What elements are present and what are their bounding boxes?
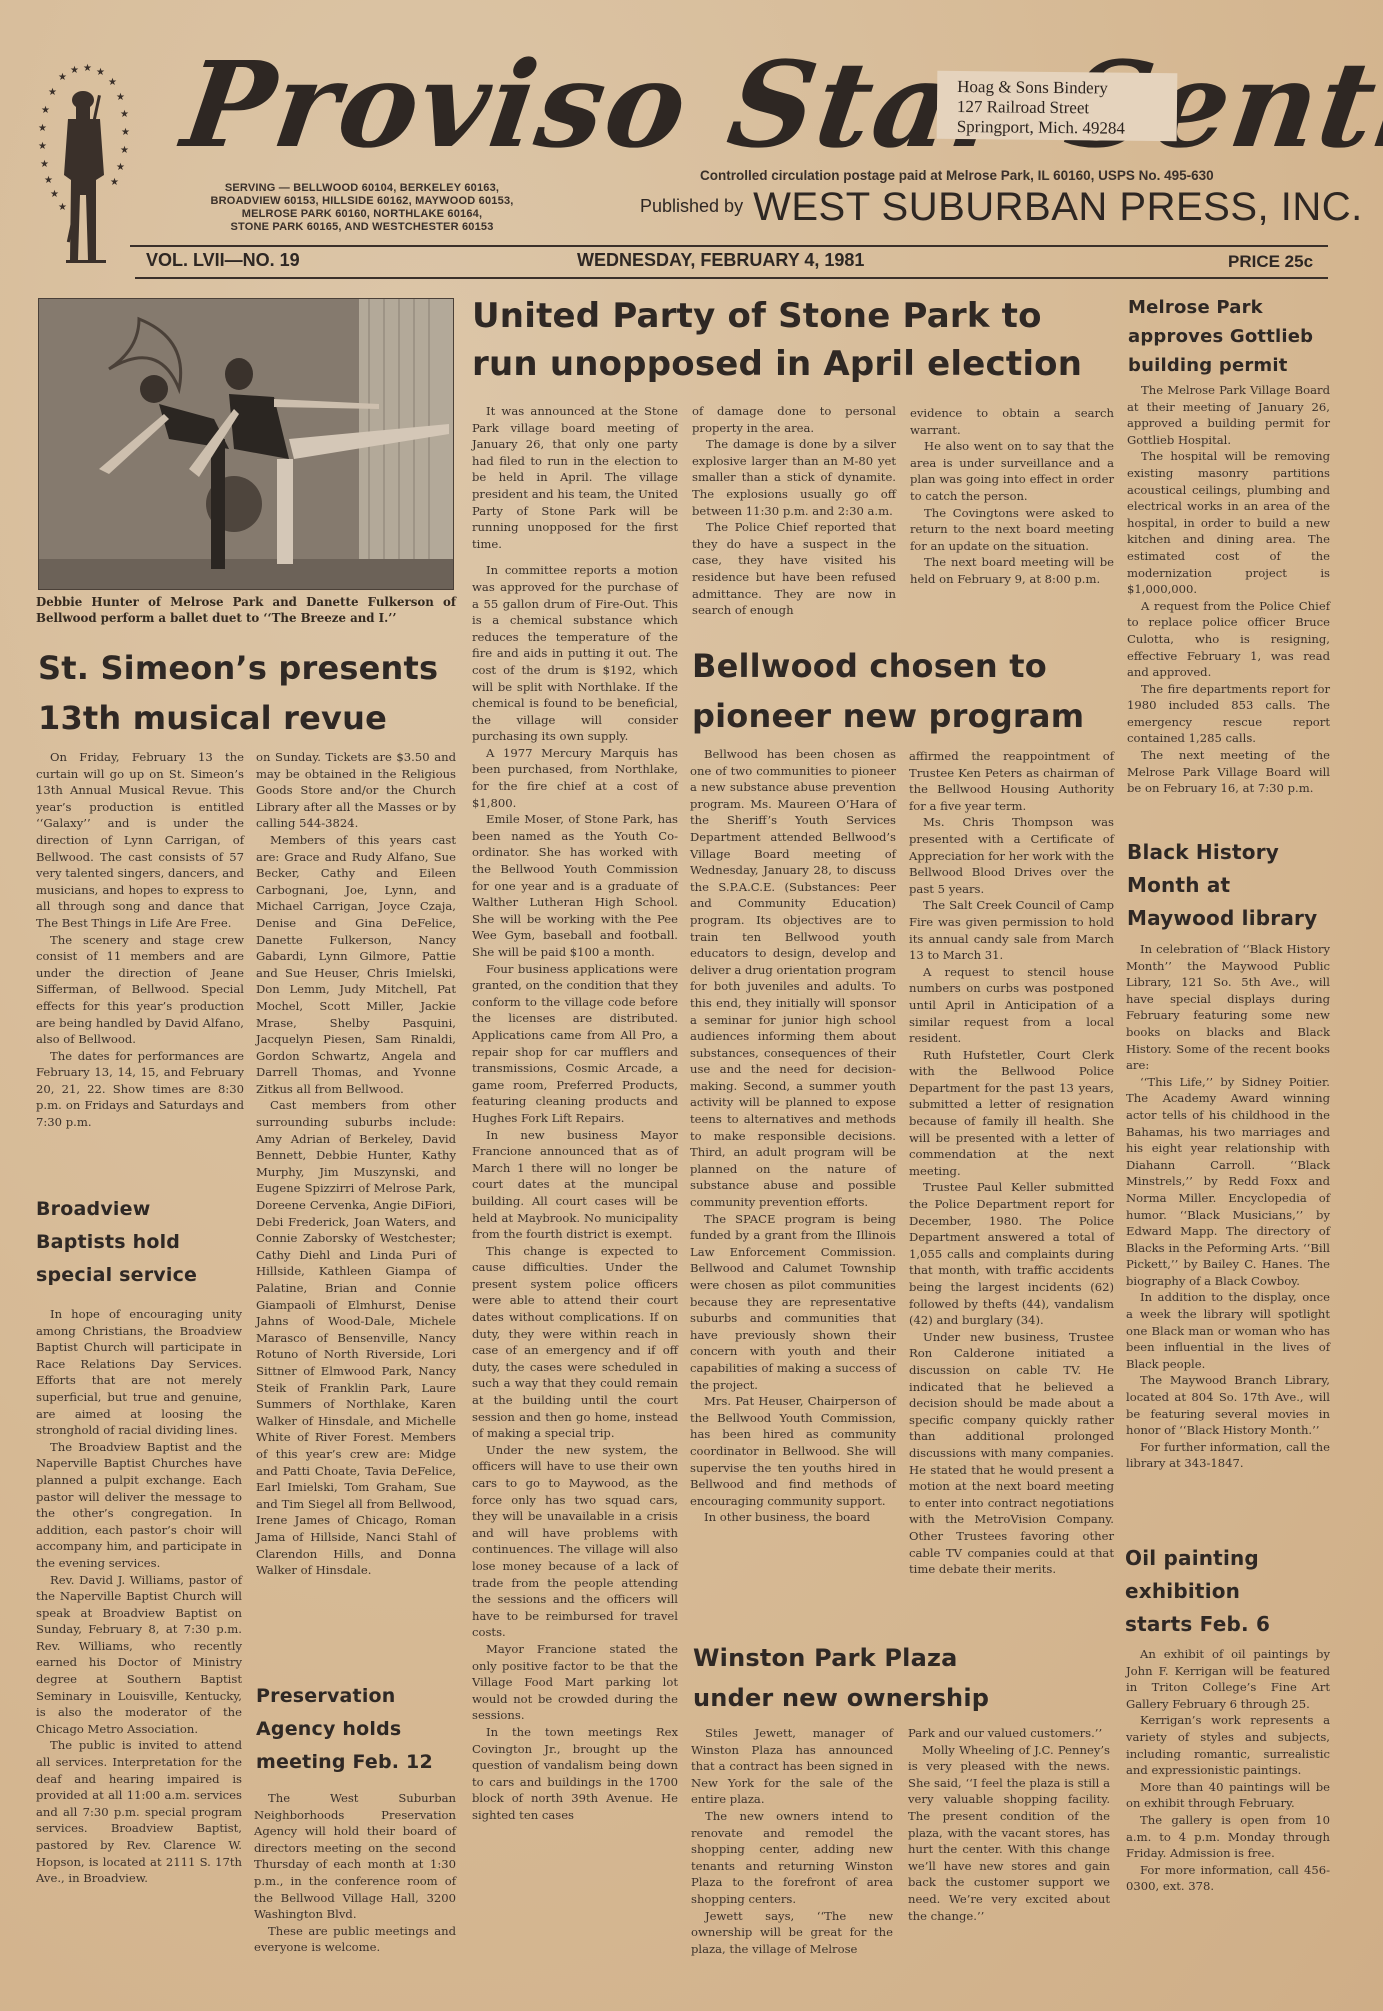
paragraph: The Salt Creek Council of Camp Fire was … (909, 897, 1114, 963)
paragraph: affirmed the reappointment of Trustee Ke… (909, 748, 1114, 814)
paragraph: The scenery and stage crew consist of 11… (36, 932, 244, 1048)
paragraph: on Sunday. Tickets are $3.50 and may be … (256, 749, 456, 832)
paragraph: The Covingtons were asked to return to t… (910, 505, 1114, 555)
article-column: In celebration of ‘‘Black History Month’… (1126, 941, 1330, 1472)
paragraph: The SPACE program is being funded by a g… (690, 1211, 896, 1394)
article-column: On Friday, February 13 the curtain will … (36, 749, 244, 1131)
paragraph: This change is expected to cause difficu… (472, 1243, 678, 1442)
svg-text:★: ★ (58, 202, 67, 213)
headline-line: Oil painting (1125, 1542, 1345, 1575)
mailing-label: Hoag & Sons Bindery 127 Railroad Street … (937, 71, 1178, 142)
headline-line: exhibition (1125, 1575, 1345, 1608)
svg-text:★: ★ (108, 77, 117, 88)
paragraph: The Melrose Park Village Board at their … (1127, 382, 1330, 448)
svg-text:★: ★ (40, 159, 49, 170)
paragraph: Ms. Chris Thompson was presented with a … (909, 814, 1114, 897)
svg-text:★: ★ (48, 87, 57, 98)
paragraph: On Friday, February 13 the curtain will … (36, 749, 244, 932)
headline-line: Melrose Park (1128, 293, 1348, 322)
paragraph: The next board meeting will be held on F… (910, 554, 1114, 587)
mailing-label-line: 127 Railroad Street (957, 97, 1167, 119)
article-column: The West Suburban Neighborhoods Preserva… (254, 1790, 456, 1956)
paragraph: Cast members from other surrounding subu… (256, 1097, 456, 1578)
masthead-rule-bottom (135, 277, 1328, 279)
ballet-dancers-photo (38, 298, 454, 590)
headline: Oil painting exhibition starts Feb. 6 (1125, 1542, 1345, 1641)
serving-line: STONE PARK 60165, AND WESTCHESTER 60153 (182, 221, 542, 234)
headline-line: Winston Park Plaza (693, 1638, 1113, 1678)
headline-line: Black History (1127, 836, 1347, 869)
paragraph: He also went on to say that the area is … (910, 438, 1114, 504)
paragraph: In hope of encouraging unity among Chris… (36, 1306, 242, 1439)
paragraph: Rev. David J. Williams, pastor of the Na… (36, 1572, 242, 1738)
article-column: evidence to obtain a search warrant. He … (910, 405, 1114, 588)
paragraph: In other business, the board (690, 1509, 896, 1526)
postage-notice: Controlled circulation postage paid at M… (700, 168, 1320, 183)
mailing-label-line: Springport, Mich. 49284 (957, 117, 1167, 139)
svg-text:★: ★ (120, 145, 129, 156)
svg-text:★: ★ (96, 67, 105, 78)
paragraph: The West Suburban Neighborhoods Preserva… (254, 1790, 456, 1923)
headline-line: under new ownership (693, 1678, 1113, 1718)
paragraph: evidence to obtain a search warrant. (910, 405, 1114, 438)
svg-text:★: ★ (116, 92, 125, 103)
paragraph: Park and our valued customers.’’ (908, 1725, 1110, 1742)
paragraph: In committee reports a motion was approv… (472, 562, 678, 745)
paragraph: The Maywood Branch Library, located at 8… (1126, 1372, 1330, 1438)
paragraph: The public is invited to attend all serv… (36, 1737, 242, 1886)
newspaper-title: Proviso Star-Sentinel (174, 30, 1355, 180)
paragraph: The dates for performances are February … (36, 1048, 244, 1131)
headline-line: pioneer new program (692, 691, 1122, 741)
paragraph: A request to stencil house numbers on cu… (909, 964, 1114, 1047)
paragraph: Ruth Hufstetler, Court Clerk with the Be… (909, 1047, 1114, 1180)
mailing-label-line: Hoag & Sons Bindery (957, 77, 1167, 99)
paragraph: Mayor Francione stated the only positive… (472, 1641, 678, 1724)
article-column: Bellwood has been chosen as one of two c… (690, 746, 896, 1526)
serving-line: BROADVIEW 60153, HILLSIDE 60162, MAYWOOD… (182, 195, 542, 208)
published-by-label: Published by (640, 196, 743, 216)
article-column: In hope of encouraging unity among Chris… (36, 1306, 242, 1887)
masthead-rule-top (130, 245, 1328, 247)
issue-date: WEDNESDAY, FEBRUARY 4, 1981 (577, 250, 864, 271)
svg-text:★: ★ (116, 162, 125, 173)
article-column: An exhibit of oil paintings by John F. K… (1126, 1646, 1330, 1895)
paragraph: For more information, call 456-0300, ext… (1126, 1862, 1330, 1895)
article-column: of damage done to personal property in t… (692, 403, 896, 619)
headline-line: approves Gottlieb (1128, 322, 1348, 351)
publisher-name: WEST SUBURBAN PRESS, INC. (753, 185, 1363, 229)
paragraph: A 1977 Mercury Marquis has been purchase… (472, 745, 678, 811)
paragraph: It was announced at the Stone Park villa… (472, 403, 678, 552)
paragraph: Molly Wheeling of J.C. Penney’s is very … (908, 1742, 1110, 1925)
svg-text:★: ★ (70, 65, 79, 76)
headline-line: Broadview (36, 1193, 246, 1226)
headline-line: run unopposed in April election (472, 340, 1112, 388)
svg-text:★: ★ (110, 177, 119, 188)
svg-text:★: ★ (58, 72, 67, 83)
article-column: on Sunday. Tickets are $3.50 and may be … (256, 749, 456, 1579)
headline-line: meeting Feb. 12 (256, 1746, 466, 1779)
photo-caption: Debbie Hunter of Melrose Park and Danett… (36, 594, 456, 626)
paragraph: Stiles Jewett, manager of Winston Plaza … (691, 1725, 893, 1808)
serving-communities: SERVING — BELLWOOD 60104, BERKELEY 60163… (182, 182, 542, 234)
headline-line: Agency holds (256, 1713, 466, 1746)
price: PRICE 25c (1228, 252, 1313, 272)
headline-line: Maywood library (1127, 902, 1347, 935)
paragraph: Trustee Paul Keller submitted the Police… (909, 1179, 1114, 1328)
svg-text:★: ★ (38, 141, 47, 152)
headline: Melrose Park approves Gottlieb building … (1128, 293, 1348, 380)
serving-line: SERVING — BELLWOOD 60104, BERKELEY 60163… (182, 182, 542, 195)
publisher-line: Published byWEST SUBURBAN PRESS, INC. (640, 185, 1340, 230)
paragraph: An exhibit of oil paintings by John F. K… (1126, 1646, 1330, 1712)
headline-line: special service (36, 1259, 246, 1292)
paragraph: Emile Moser, of Stone Park, has been nam… (472, 811, 678, 960)
paragraph: The gallery is open from 10 a.m. to 4 p.… (1126, 1812, 1330, 1862)
paragraph: of damage done to personal property in t… (692, 403, 896, 436)
paragraph: The Broadview Baptist and the Naperville… (36, 1439, 242, 1572)
paragraph: In the town meetings Rex Covington Jr., … (472, 1724, 678, 1824)
paragraph: These are public meetings and everyone i… (254, 1923, 456, 1956)
article-column: It was announced at the Stone Park villa… (472, 403, 678, 1823)
paragraph: In addition to the display, once a week … (1126, 1289, 1330, 1372)
headline-line: building permit (1128, 351, 1348, 380)
paragraph: In new business Mayor Francione announce… (472, 1127, 678, 1243)
headline: Winston Park Plaza under new ownership (693, 1638, 1113, 1718)
article-column: affirmed the reappointment of Trustee Ke… (909, 748, 1114, 1578)
paragraph: ‘‘This Life,’’ by Sidney Poitier. The Ac… (1126, 1074, 1330, 1290)
paragraph: A request from the Police Chief to repla… (1127, 598, 1330, 681)
headline: St. Simeon’s presents 13th musical revue (38, 643, 468, 743)
headline: Preservation Agency holds meeting Feb. 1… (256, 1680, 466, 1779)
svg-text:★: ★ (44, 175, 53, 186)
paragraph: For further information, call the librar… (1126, 1439, 1330, 1472)
paragraph: The hospital will be removing existing m… (1127, 448, 1330, 597)
paragraph: The next meeting of the Melrose Park Vil… (1127, 747, 1330, 797)
minuteman-with-stars-icon: ★★★ ★★★ ★★★ ★★★ ★★★ ★★★ ★ (38, 55, 138, 275)
article-column: Park and our valued customers.’’ Molly W… (908, 1725, 1110, 1924)
paragraph: The new owners intend to renovate and re… (691, 1808, 893, 1908)
volume-number: VOL. LVII—NO. 19 (146, 250, 300, 271)
paragraph: Members of this years cast are: Grace an… (256, 832, 456, 1098)
article-column: Stiles Jewett, manager of Winston Plaza … (691, 1725, 893, 1957)
headline-line: United Party of Stone Park to (472, 292, 1112, 340)
svg-text:★: ★ (121, 127, 130, 138)
paragraph: The damage is done by a silver explosive… (692, 436, 896, 519)
paragraph: Under the new system, the officers will … (472, 1442, 678, 1641)
paragraph: Four business applications were granted,… (472, 961, 678, 1127)
headline-line: Preservation (256, 1680, 466, 1713)
article-column: The Melrose Park Village Board at their … (1127, 382, 1330, 797)
paragraph: More than 40 paintings will be on exhibi… (1126, 1779, 1330, 1812)
headline: Black History Month at Maywood library (1127, 836, 1347, 935)
paragraph: Jewett says, ‘‘The new ownership will be… (691, 1908, 893, 1958)
svg-text:★: ★ (83, 63, 92, 74)
paragraph: In celebration of ‘‘Black History Month’… (1126, 941, 1330, 1074)
svg-text:★: ★ (50, 189, 59, 200)
serving-line: MELROSE PARK 60160, NORTHLAKE 60164, (182, 208, 542, 221)
headline-line: starts Feb. 6 (1125, 1608, 1345, 1641)
paragraph: Kerrigan’s work represents a variety of … (1126, 1712, 1330, 1778)
headline-line: 13th musical revue (38, 693, 468, 743)
svg-text:★: ★ (41, 105, 50, 116)
svg-text:★: ★ (38, 123, 47, 134)
headline: Bellwood chosen to pioneer new program (692, 641, 1122, 741)
paragraph: The Police Chief reported that they do h… (692, 519, 896, 619)
headline-line: Baptists hold (36, 1226, 246, 1259)
paragraph: The fire departments report for 1980 inc… (1127, 681, 1330, 747)
paragraph: Mrs. Pat Heuser, Chairperson of the Bell… (690, 1393, 896, 1509)
headline-line: Month at (1127, 869, 1347, 902)
headline-line: St. Simeon’s presents (38, 643, 468, 693)
paragraph: Under new business, Trustee Ron Calderon… (909, 1329, 1114, 1578)
headline-line: Bellwood chosen to (692, 641, 1122, 691)
headline: United Party of Stone Park to run unoppo… (472, 292, 1112, 388)
paragraph: Bellwood has been chosen as one of two c… (690, 746, 896, 1211)
svg-text:★: ★ (120, 109, 129, 120)
headline: Broadview Baptists hold special service (36, 1193, 246, 1292)
